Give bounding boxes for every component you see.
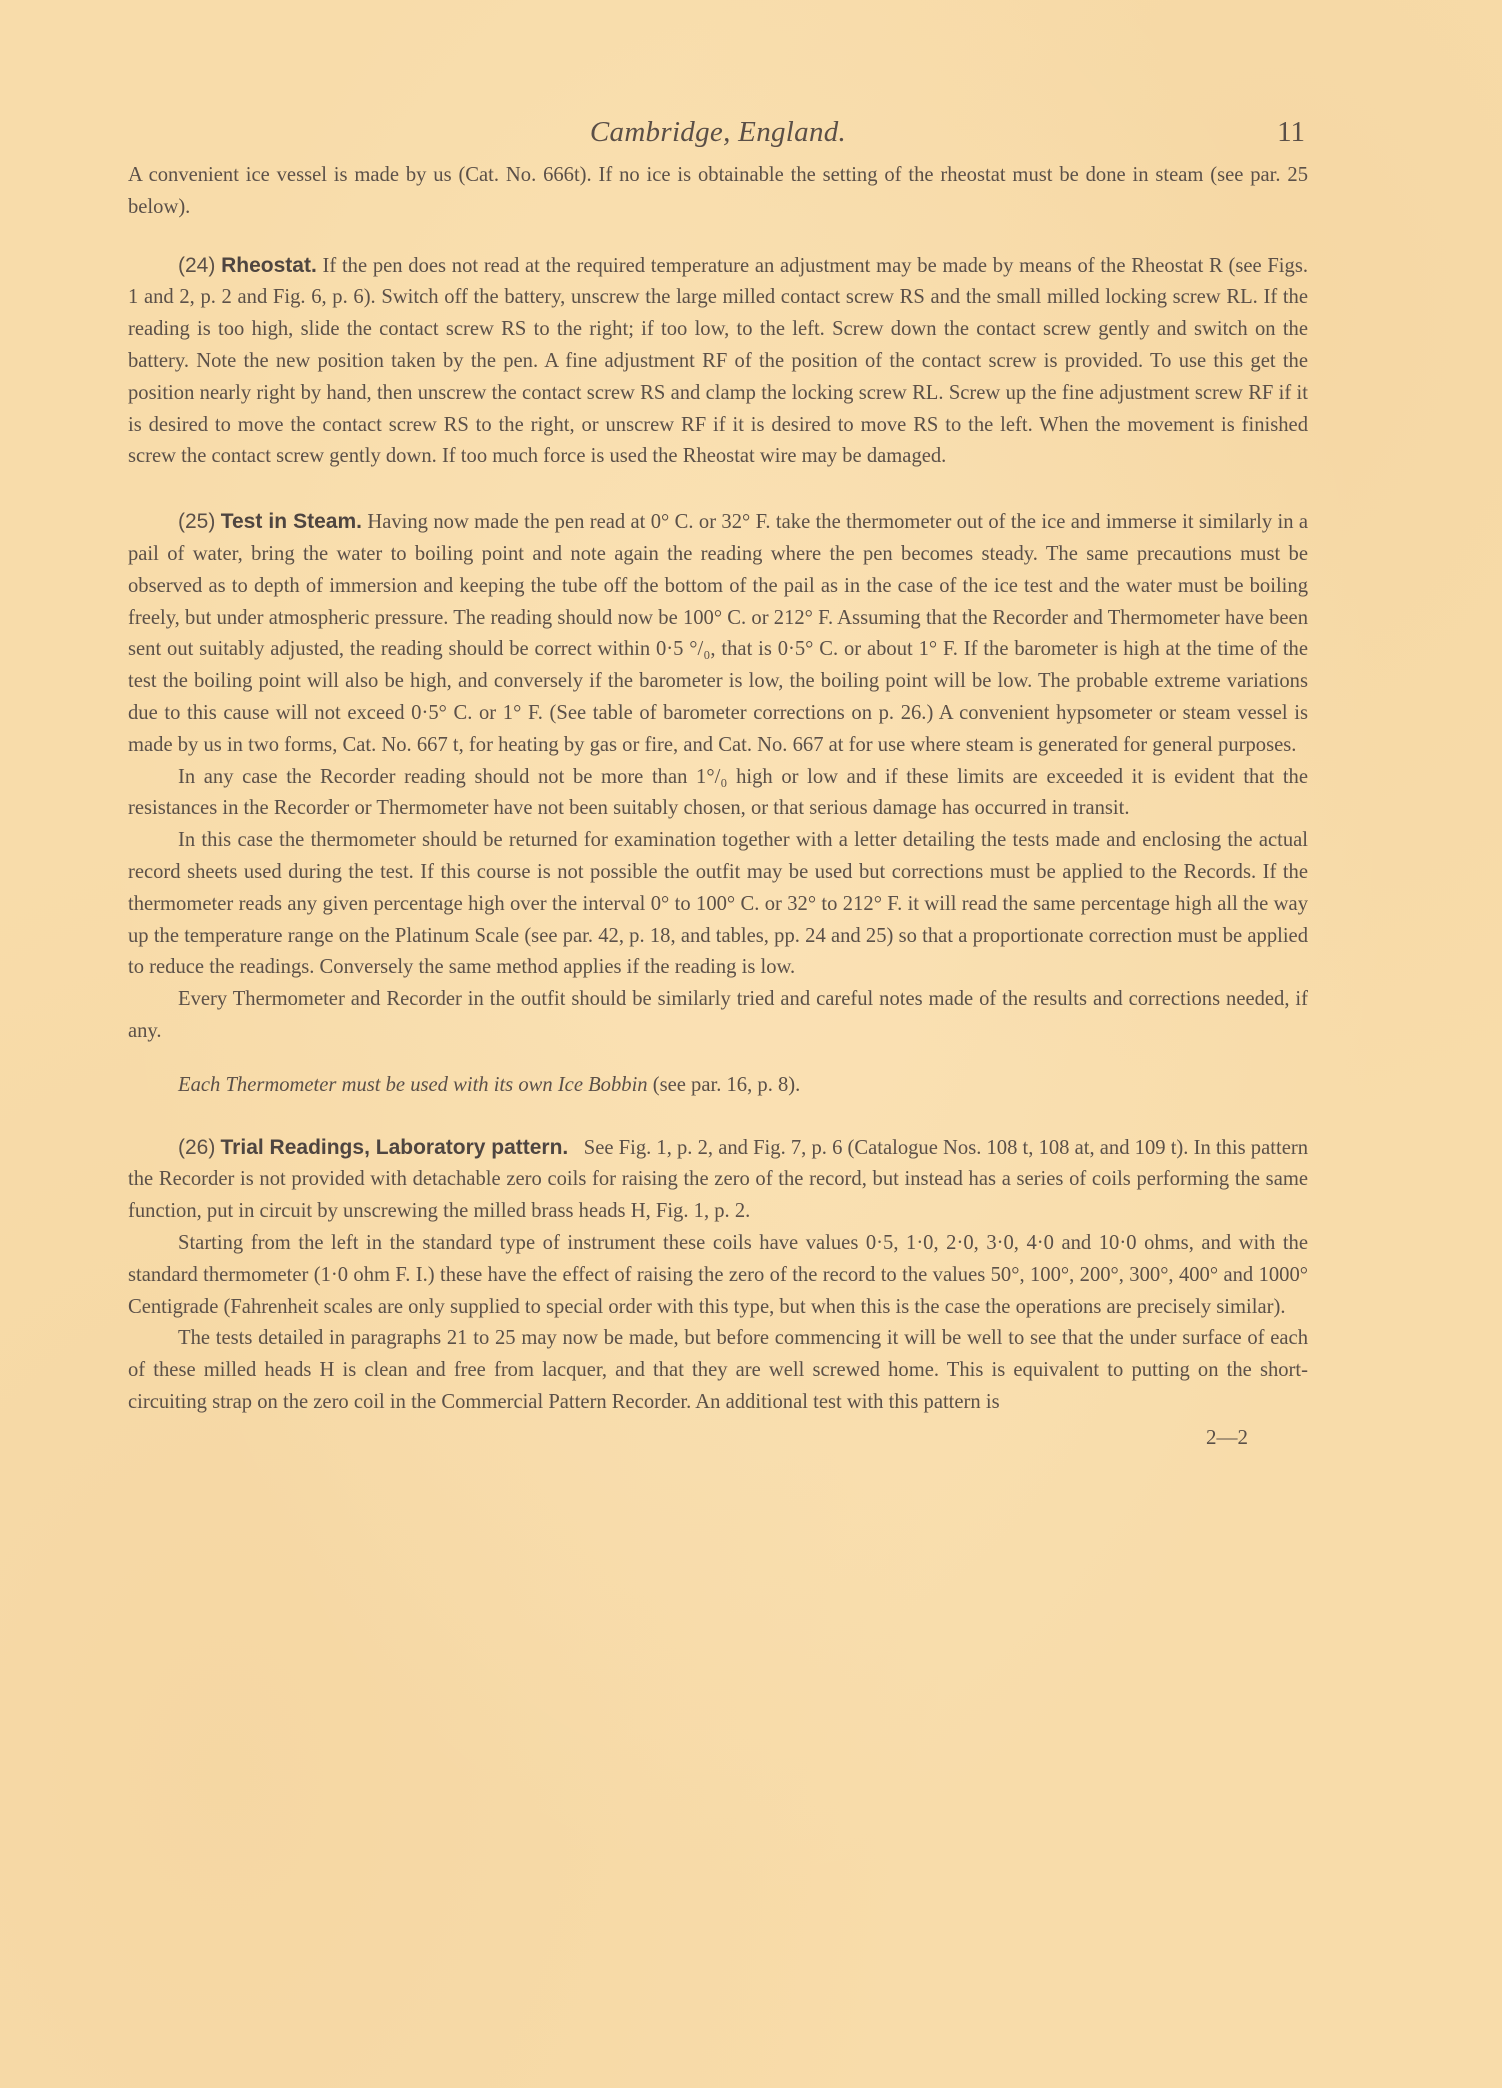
body-paragraph: In this case the thermometer should be r… <box>128 825 1308 984</box>
section-title: Test in Steam. <box>221 510 362 533</box>
section-paragraph: (25) Test in Steam. Having now made the … <box>128 506 1308 761</box>
section-body: If the pen does not read at the required… <box>128 255 1308 468</box>
section-number: (24) <box>178 254 215 277</box>
intro-paragraph: A convenient ice vessel is made by us (C… <box>128 160 1308 224</box>
running-head: Cambridge, England. 11 <box>128 112 1308 160</box>
running-head-title: Cambridge, England. <box>128 116 1308 149</box>
section-number: (25) <box>178 510 215 533</box>
section-title: Rheostat. <box>221 254 317 277</box>
document-page: Cambridge, England. 11 A convenient ice … <box>128 112 1308 1450</box>
section-paragraph: (26) Trial Readings, Laboratory pattern.… <box>128 1132 1308 1228</box>
body-paragraph: In any case the Recorder reading should … <box>128 762 1308 826</box>
section-title: Trial Readings, Laboratory pattern. <box>221 1136 569 1159</box>
body-paragraph: The tests detailed in paragraphs 21 to 2… <box>128 1323 1308 1418</box>
page-number: 11 <box>1277 116 1305 149</box>
ice-bobbin-note: Each Thermometer must be used with its o… <box>128 1070 1308 1102</box>
section-paragraph: (24) Rheostat. If the pen does not read … <box>128 250 1308 474</box>
section-24-rheostat: (24) Rheostat. If the pen does not read … <box>128 250 1308 474</box>
section-25-test-in-steam: (25) Test in Steam. Having now made the … <box>128 506 1308 1101</box>
signature-mark: 2—2 <box>128 1425 1308 1450</box>
note-reference: (see par. 16, p. 8). <box>648 1074 801 1096</box>
body-paragraph: Starting from the left in the standard t… <box>128 1228 1308 1323</box>
section-number: (26) <box>178 1136 215 1159</box>
section-26-trial-readings: (26) Trial Readings, Laboratory pattern.… <box>128 1132 1308 1419</box>
note-italic-text: Each Thermometer must be used with its o… <box>178 1074 648 1096</box>
section-body: Having now made the pen read at 0° C. or… <box>128 511 1308 756</box>
body-paragraph: Every Thermometer and Recorder in the ou… <box>128 984 1308 1048</box>
